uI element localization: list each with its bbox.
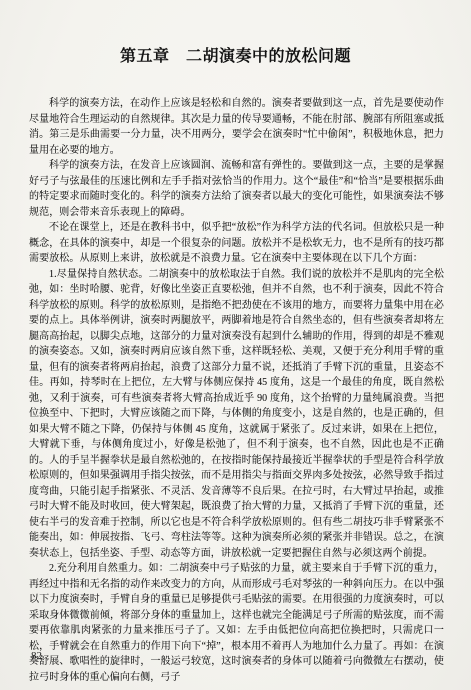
paragraph: 科学的演奏方法，在动作上应该是轻松和自然的。演奏者要做到这一点，首先是要使动作尽… <box>29 96 444 158</box>
page-number: 82 <box>31 650 42 662</box>
body-text: 科学的演奏方法，在动作上应该是轻松和自然的。演奏者要做到这一点，首先是要使动作尽… <box>29 96 444 685</box>
paragraph: 科学的演奏方法，在发音上应该圆润、流畅和富有弹性的。要做到这一点，主要的是掌握好… <box>29 158 444 220</box>
chapter-title: 第五章 二胡演奏中的放松问题 <box>0 0 471 66</box>
book-page: 第五章 二胡演奏中的放松问题 科学的演奏方法，在动作上应该是轻松和自然的。演奏者… <box>0 0 471 690</box>
paragraph: 2.充分利用自然重力。如：二胡演奏中弓子贴弦的力量，就主要来自于手臂下沉的重力，… <box>29 561 444 685</box>
paragraph: 1.尽量保持自然状态。二胡演奏中的放松取法于自然。我们说的放松并不是肌肉的完全松… <box>29 267 444 562</box>
paragraph: 不论在课堂上，还是在教科书中，似乎把“放松”作为科学方法的代名词。但放松只是一种… <box>29 220 444 267</box>
